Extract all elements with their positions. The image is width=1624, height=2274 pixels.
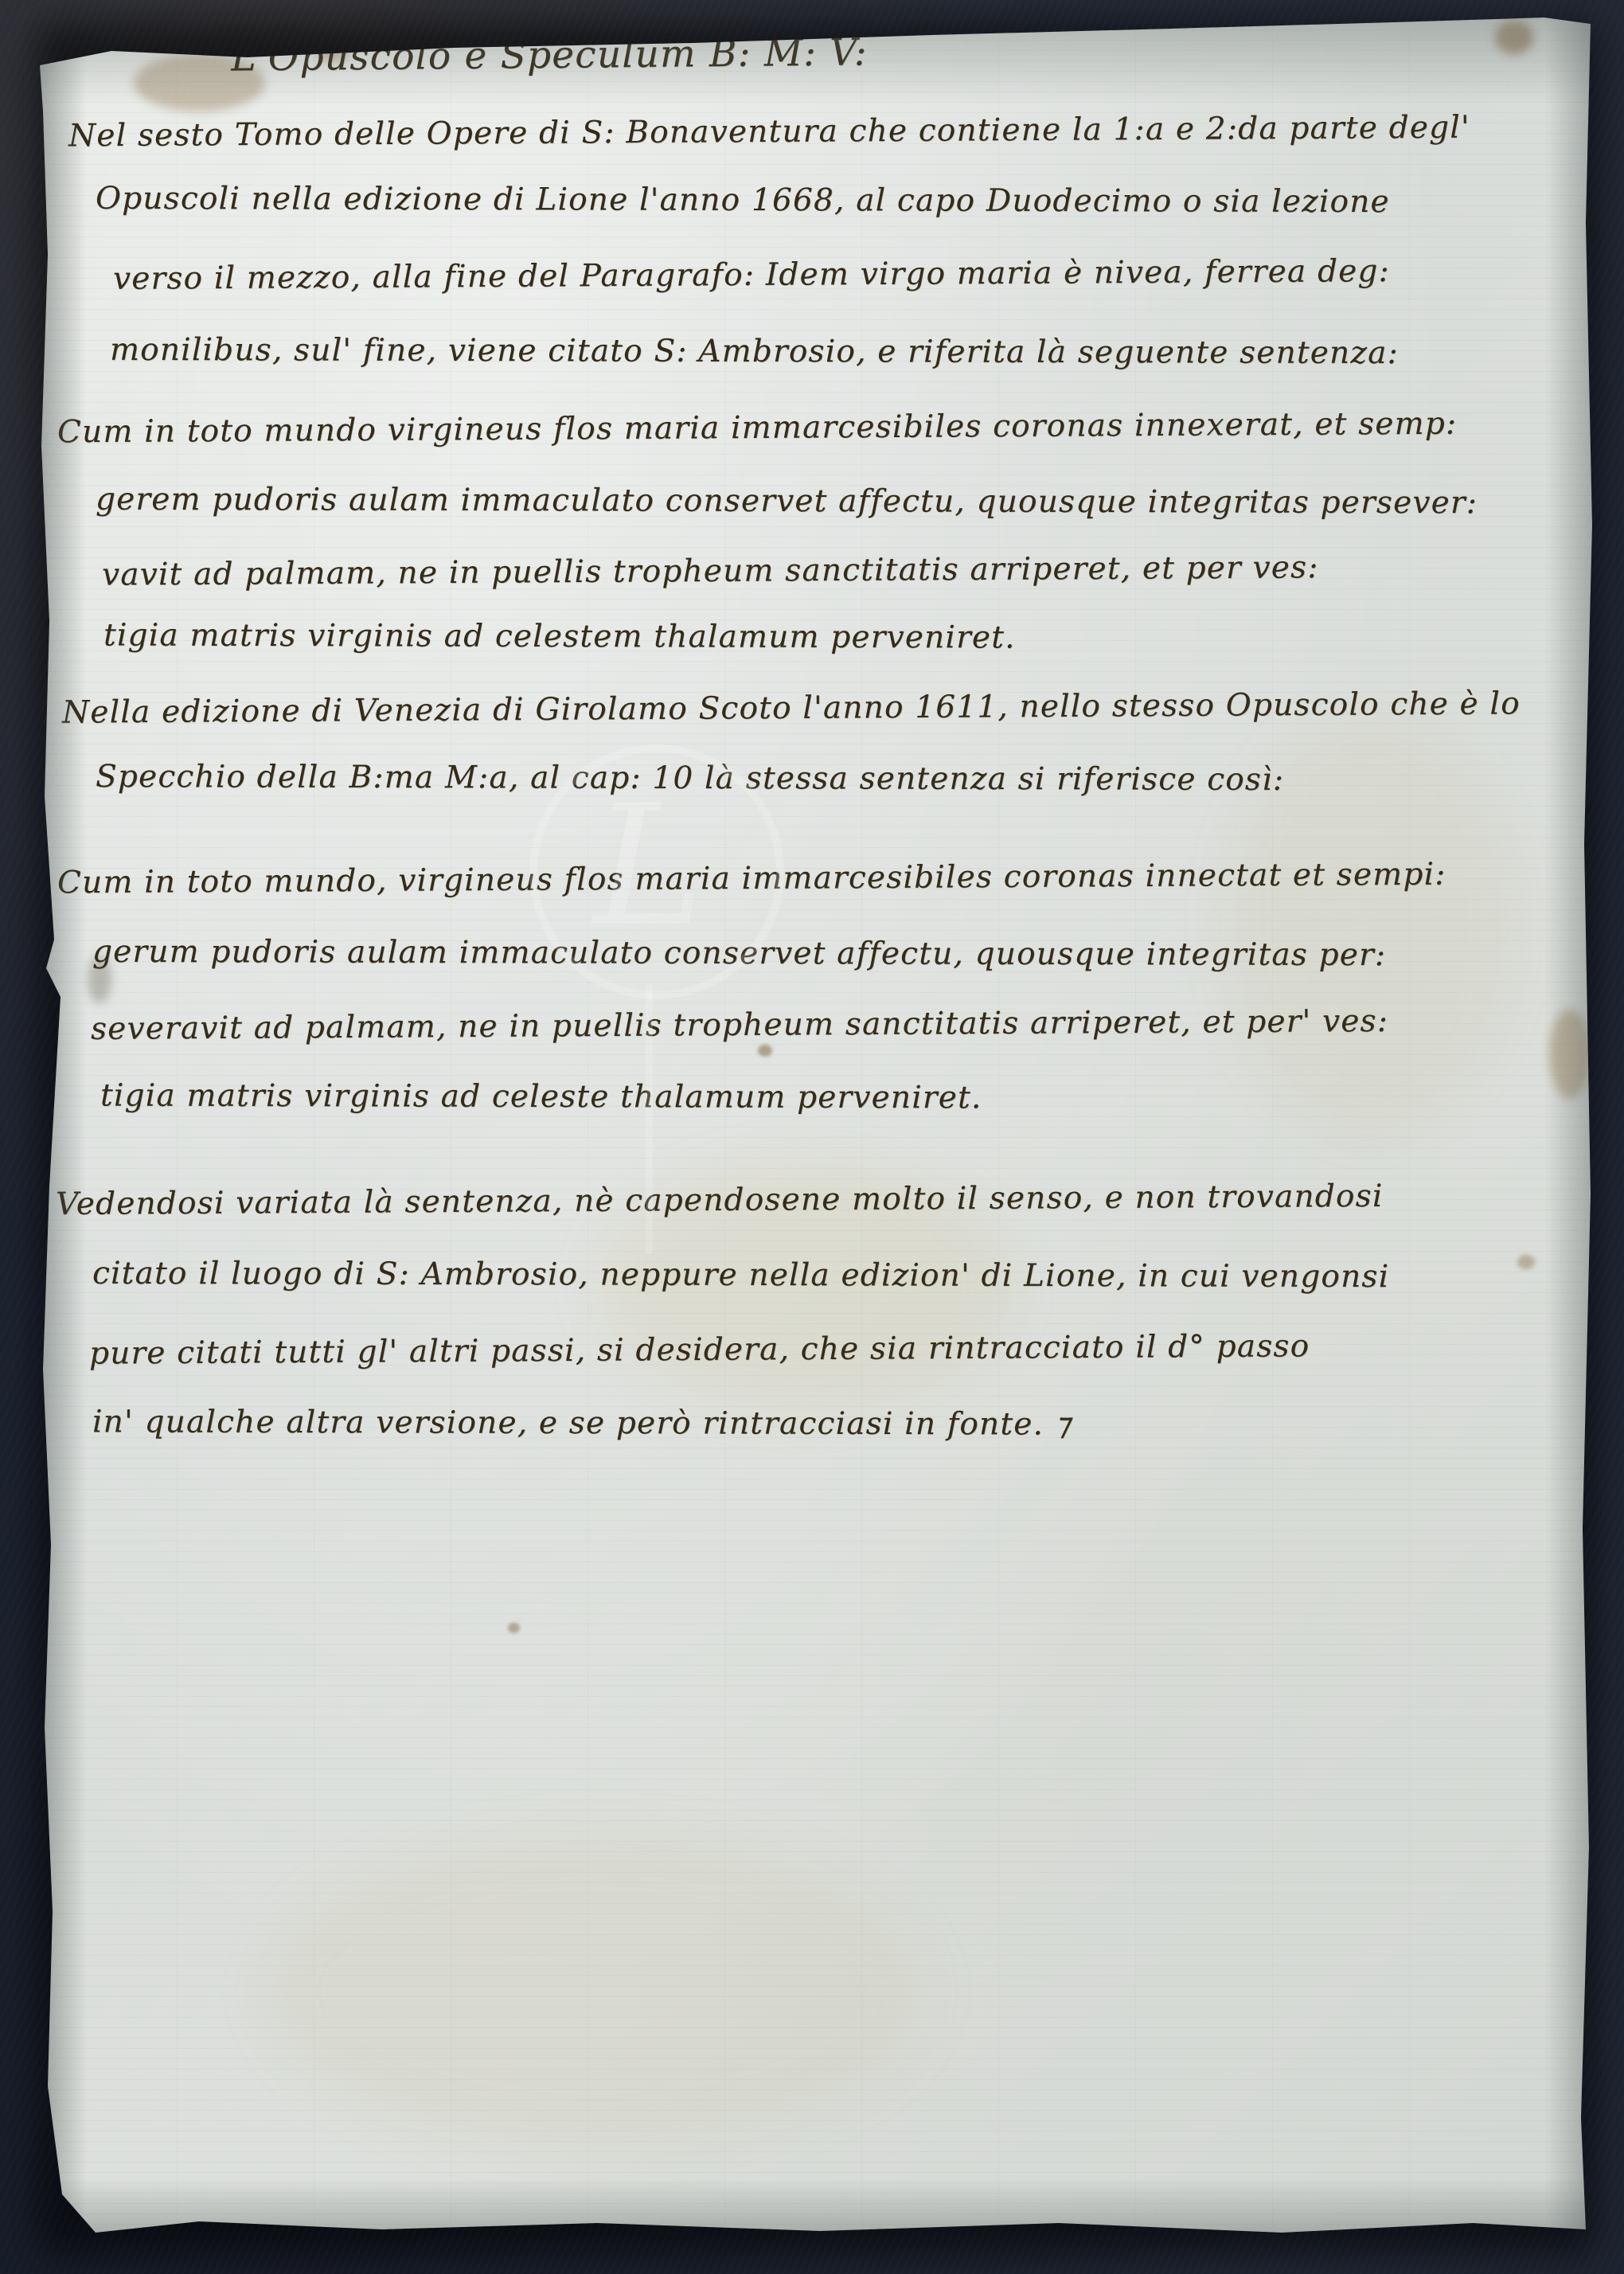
manuscript-line: verso il mezzo, alla fine del Paragrafo:… (113, 256, 1390, 295)
foxing-stain (758, 1045, 772, 1057)
manuscript-line-latin-quote: Cum in toto mundo, virgineus flos maria … (57, 859, 1446, 899)
manuscript-line: Specchio della B:ma M:a, al cap: 10 là s… (96, 761, 1284, 795)
manuscript-line-latin-quote: tigia matris virginis ad celeste thalamu… (100, 1080, 982, 1114)
manuscript-page: L'Opuscolo è Speculum B: M: V: Nel sesto… (40, 16, 1592, 2245)
archive-watermark: Ⅼ (490, 729, 808, 1270)
manuscript-line: citato il luogo di S: Ambrosio, neppure … (92, 1258, 1389, 1292)
manuscript-line: Nel sesto Tomo delle Opere di S: Bonaven… (68, 112, 1470, 152)
manuscript-title: L'Opuscolo è Speculum B: M: V: (231, 31, 868, 80)
foxing-stain (597, 1162, 1011, 1409)
foxing-stain (134, 54, 265, 111)
manuscript-line-latin-quote: severavit ad palmam, ne in puellis troph… (91, 1006, 1388, 1045)
watermark-stem (646, 983, 653, 1254)
photo-backdrop: L'Opuscolo è Speculum B: M: V: Nel sesto… (0, 0, 1624, 2274)
manuscript-line-latin-quote: gerum pudoris aulam immaculato conservet… (92, 936, 1386, 971)
edge-stain (88, 955, 111, 1003)
paper-edge-shading (40, 16, 1592, 2245)
foxing-stain (482, 22, 505, 38)
foxing-stain (1226, 717, 1513, 1131)
manuscript-line: monilibus, sul' fine, viene citato S: Am… (110, 334, 1399, 369)
manuscript-line: Opuscoli nella edizione di Lione l'anno … (96, 183, 1390, 217)
watermark-monogram: Ⅼ (490, 768, 808, 963)
manuscript-line-latin-quote: Cum in toto mundo virgineus flos maria i… (57, 408, 1458, 448)
manuscript-line-latin-quote: vavit ad palmam, ne in puellis tropheum … (102, 552, 1319, 590)
manuscript-line-latin-quote: gerem pudoris aulam immaculato conservet… (96, 484, 1478, 519)
foxing-stain (508, 1623, 520, 1633)
foxing-stain (1549, 1010, 1591, 1099)
laid-paper-texture (40, 16, 1592, 2245)
manuscript-line: in' qualche altra versione, e se però ri… (92, 1406, 1071, 1440)
paper-shadow (35, 24, 1595, 2255)
manuscript-line: Vedendosi variata là sentenza, nè capend… (56, 1181, 1384, 1220)
foxing-stain (1517, 1255, 1535, 1269)
manuscript-line-latin-quote: tigia matris virginis ad celestem thalam… (103, 620, 1016, 654)
manuscript-line: pure citati tutti gl' altri passi, si de… (89, 1330, 1310, 1369)
foxing-stain (317, 38, 350, 62)
manuscript-line: Nella edizione di Venezia di Girolamo Sc… (62, 688, 1521, 728)
watermark-circle-icon (529, 744, 784, 999)
foxing-stain (1495, 21, 1533, 54)
foxing-stain (271, 1839, 923, 2142)
